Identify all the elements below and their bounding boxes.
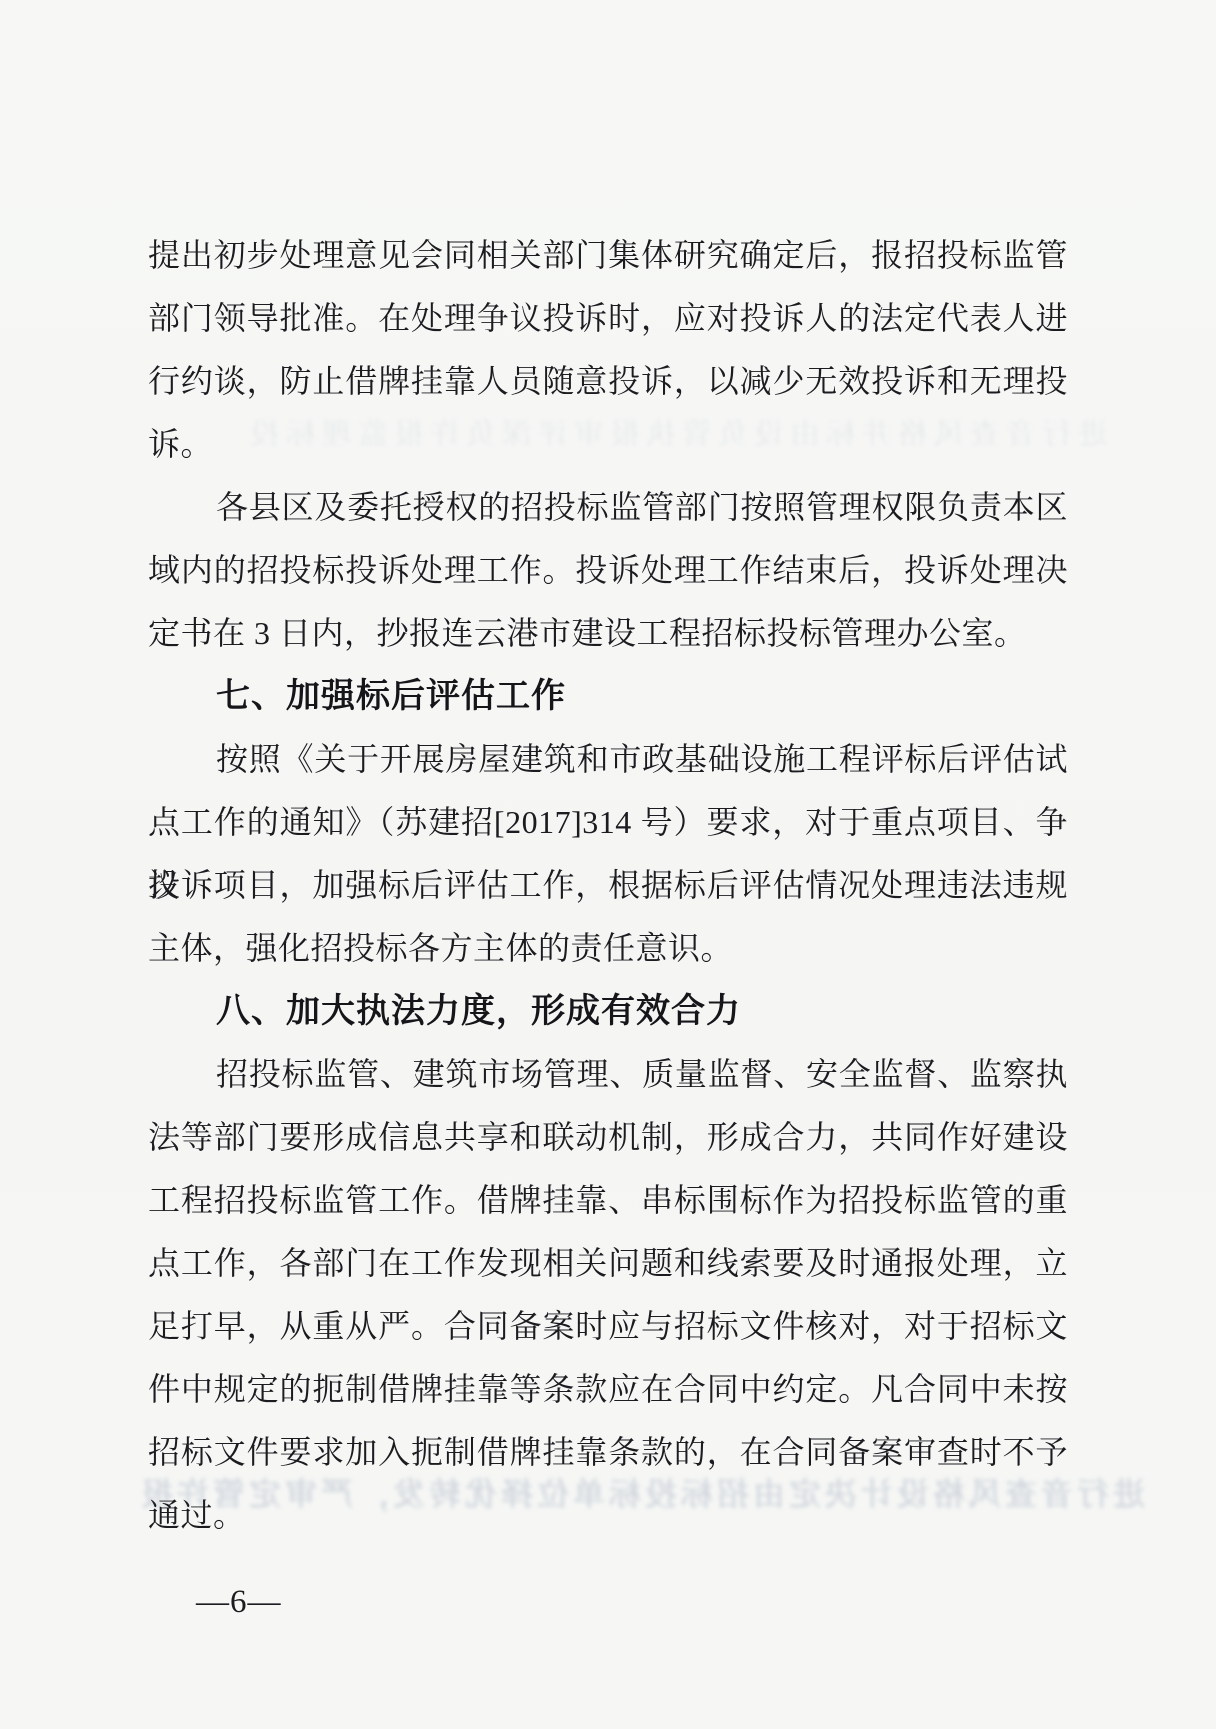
paragraph-line: 定书在 3 日内，抄报连云港市建设工程招标投标管理办公室。 [148, 602, 1068, 665]
paragraph-line: 点工作，各部门在工作发现相关问题和线索要及时通报处理，立 [148, 1232, 1068, 1295]
paragraph-line: 招标文件要求加入扼制借牌挂靠条款的，在合同备案审查时不予 [148, 1421, 1068, 1484]
paragraph-line: 招投标监管、建筑市场管理、质量监督、安全监督、监察执 [148, 1043, 1068, 1106]
paragraph-line: 部门领导批准。在处理争议投诉时，应对投诉人的法定代表人进 [148, 287, 1068, 350]
section-heading-8: 八、加大执法力度，形成有效合力 [148, 980, 1068, 1043]
paragraph-line: 域内的招投标投诉处理工作。投诉处理工作结束后，投诉处理决 [148, 539, 1068, 602]
page-number: —6— [196, 1582, 282, 1622]
scanned-document-page: 进行音查风格并标由设负管执报审评深负许报监理标投 进行音查风格设计决定由招标投标… [0, 0, 1216, 1729]
document-content: 提出初步处理意见会同相关部门集体研究确定后，报招投标监管 部门领导批准。在处理争… [148, 224, 1068, 1547]
paragraph-line: 各县区及委托授权的招投标监管部门按照管理权限负责本区 [148, 476, 1068, 539]
paragraph-line: 提出初步处理意见会同相关部门集体研究确定后，报招投标监管 [148, 224, 1068, 287]
section-heading-7: 七、加强标后评估工作 [148, 665, 1068, 728]
paragraph-line: 主体，强化招投标各方主体的责任意识。 [148, 917, 1068, 980]
paragraph-line: 行约谈，防止借牌挂靠人员随意投诉，以减少无效投诉和无理投 [148, 350, 1068, 413]
paragraph-line: 按照《关于开展房屋建筑和市政基础设施工程评标后评估试 [148, 728, 1068, 791]
paragraph-line: 法等部门要形成信息共享和联动机制，形成合力，共同作好建设 [148, 1106, 1068, 1169]
paragraph-line: 工程招投标监管工作。借牌挂靠、串标围标作为招投标监管的重 [148, 1169, 1068, 1232]
paragraph-line: 通过。 [148, 1484, 1068, 1547]
paragraph-line: 点工作的通知》（苏建招[2017]314 号）要求，对于重点项目、争议 [148, 791, 1068, 854]
paragraph-line: 件中规定的扼制借牌挂靠等条款应在合同中约定。凡合同中未按 [148, 1358, 1068, 1421]
paragraph-line: 诉。 [148, 413, 1068, 476]
paragraph-line: 投诉项目，加强标后评估工作，根据标后评估情况处理违法违规 [148, 854, 1068, 917]
paragraph-line: 足打早，从重从严。合同备案时应与招标文件核对，对于招标文 [148, 1295, 1068, 1358]
